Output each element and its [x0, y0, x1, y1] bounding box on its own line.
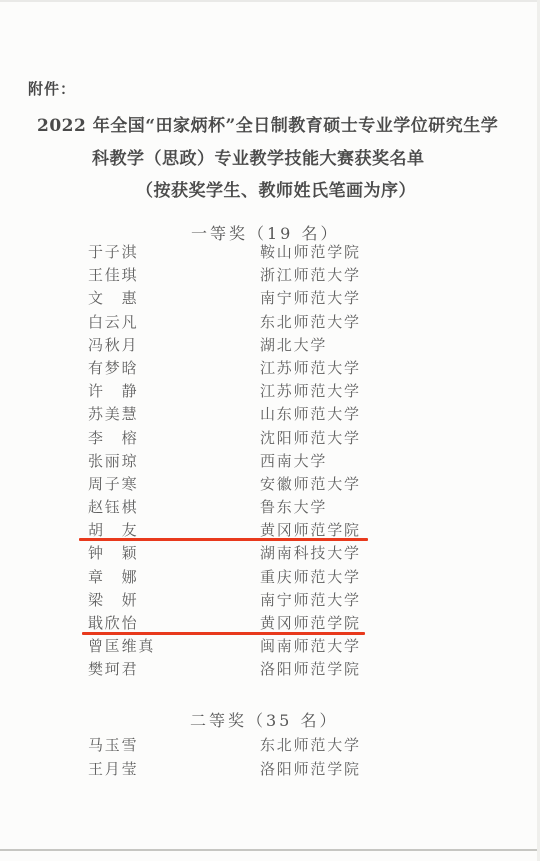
school-name: 闽南师范大学 — [260, 635, 361, 658]
student-name: 文 惠 — [88, 287, 138, 310]
student-name: 张丽琼 — [88, 450, 138, 473]
award-row: 李 榕 沈阳师范大学 — [0, 427, 540, 450]
school-name: 南宁师范大学 — [260, 287, 361, 310]
student-name: 曾匡维真 — [88, 635, 155, 658]
student-name: 钟 颖 — [88, 542, 138, 565]
student-name: 章 娜 — [88, 566, 138, 589]
award-row: 许 静 江苏师范大学 — [0, 380, 540, 403]
doc-title-line-1: 2022 年全国“田家炳杯”全日制教育硕士专业学位研究生学 — [37, 111, 498, 136]
student-name: 王佳琪 — [88, 264, 138, 287]
student-name: 李 榕 — [88, 427, 138, 450]
award-row: 王佳琪 浙江师范大学 — [0, 264, 540, 287]
school-name: 南宁师范大学 — [260, 589, 361, 612]
award-row: 赵钰棋 鲁东大学 — [0, 496, 540, 519]
doc-title-line-2: 科教学（思政）专业教学技能大赛获奖名单 — [92, 144, 425, 169]
award-row: 曾匡维真 闽南师范大学 — [0, 635, 540, 658]
school-name: 重庆师范大学 — [260, 566, 361, 589]
student-name: 樊珂君 — [88, 658, 138, 681]
award-row: 冯秋月 湖北大学 — [0, 334, 540, 357]
award-row: 王月莹 洛阳师范学院 — [0, 757, 540, 781]
second-prize-header: 二等奖（35 名） — [190, 708, 338, 731]
student-name: 有梦晗 — [88, 357, 138, 380]
student-name: 白云凡 — [88, 311, 138, 334]
student-name: 许 静 — [88, 380, 138, 403]
award-row: 白云凡 东北师范大学 — [0, 311, 540, 334]
doc-title-line-3: （按获奖学生、教师姓氏笔画为序） — [136, 176, 416, 201]
student-name: 马玉雪 — [88, 733, 138, 757]
school-name: 鞍山师范学院 — [260, 241, 361, 264]
award-row: 周子寒 安徽师范大学 — [0, 473, 540, 496]
award-row: 苏美慧 山东师范大学 — [0, 403, 540, 426]
school-name: 洛阳师范学院 — [260, 757, 361, 781]
second-prize-list: 马玉雪 东北师范大学 王月莹 洛阳师范学院 — [0, 733, 540, 781]
award-row: 有梦晗 江苏师范大学 — [0, 357, 540, 380]
school-name: 湖北大学 — [260, 334, 327, 357]
school-name: 安徽师范大学 — [260, 473, 361, 496]
first-prize-list: 于子淇 鞍山师范学院 王佳琪 浙江师范大学 文 惠 南宁师范大学 白云凡 东北师… — [0, 241, 540, 682]
student-name: 王月莹 — [88, 757, 138, 781]
page-top-edge — [0, 0, 540, 2]
school-name: 浙江师范大学 — [260, 264, 361, 287]
school-name: 湖南科技大学 — [260, 542, 361, 565]
page-bottom-edge — [0, 849, 540, 851]
school-name: 山东师范大学 — [260, 403, 361, 426]
award-row: 樊珂君 洛阳师范学院 — [0, 658, 540, 681]
school-name: 西南大学 — [260, 450, 327, 473]
award-row: 文 惠 南宁师范大学 — [0, 287, 540, 310]
student-name: 苏美慧 — [88, 403, 138, 426]
school-name: 江苏师范大学 — [260, 380, 361, 403]
award-row: 钟 颖 湖南科技大学 — [0, 542, 540, 565]
student-name: 赵钰棋 — [88, 496, 138, 519]
award-row: 章 娜 重庆师范大学 — [0, 566, 540, 589]
student-name: 于子淇 — [88, 241, 138, 264]
document-page: 附件： 2022 年全国“田家炳杯”全日制教育硕士专业学位研究生学 科教学（思政… — [0, 0, 540, 861]
award-row: 马玉雪 东北师范大学 — [0, 733, 540, 757]
attachment-label: 附件： — [28, 78, 76, 99]
school-name: 东北师范大学 — [260, 311, 361, 334]
student-name: 周子寒 — [88, 473, 138, 496]
highlight-underline-1 — [79, 538, 368, 541]
school-name: 鲁东大学 — [260, 496, 327, 519]
school-name: 东北师范大学 — [260, 733, 361, 757]
award-row: 于子淇 鞍山师范学院 — [0, 241, 540, 264]
school-name: 沈阳师范大学 — [260, 427, 361, 450]
award-row: 梁 妍 南宁师范大学 — [0, 589, 540, 612]
student-name: 梁 妍 — [88, 589, 138, 612]
school-name: 江苏师范大学 — [260, 357, 361, 380]
school-name: 洛阳师范学院 — [260, 658, 361, 681]
highlight-underline-2 — [82, 632, 365, 635]
award-row: 张丽琼 西南大学 — [0, 450, 540, 473]
student-name: 冯秋月 — [88, 334, 138, 357]
